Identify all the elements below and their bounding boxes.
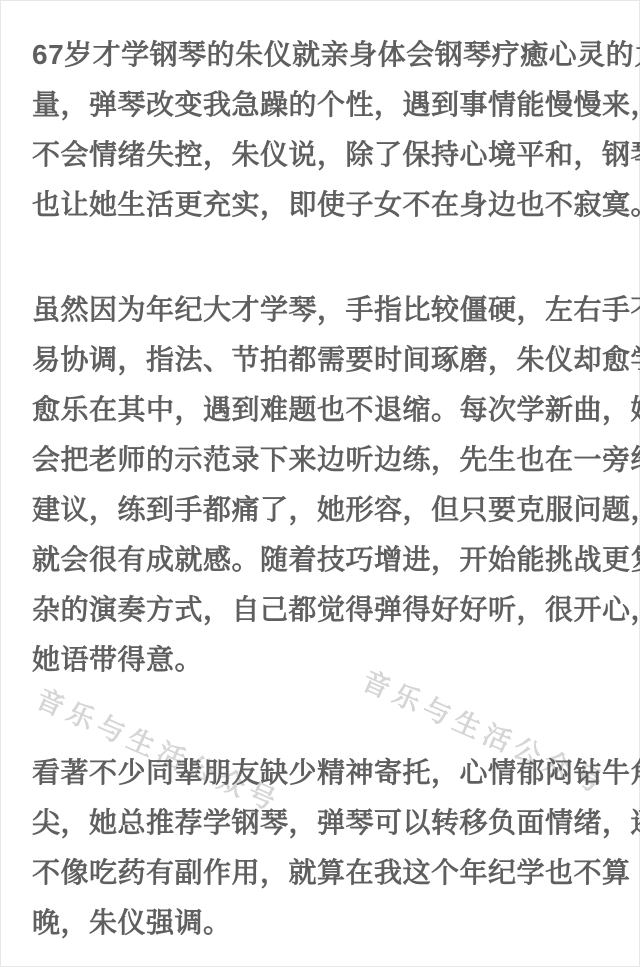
- paragraph: 67岁才学钢琴的朱仪就亲身体会钢琴疗癒心灵的力量，弹琴改变我急躁的个性，遇到事情…: [32, 30, 609, 230]
- article-body: 67岁才学钢琴的朱仪就亲身体会钢琴疗癒心灵的力量，弹琴改变我急躁的个性，遇到事情…: [1, 1, 639, 948]
- text-line: 尖，她总推荐学钢琴，弹琴可以转移负面情绪，还: [32, 798, 609, 848]
- text-line: 看著不少同辈朋友缺少精神寄托，心情郁闷钻牛角: [32, 748, 609, 798]
- text-line: 易协调，指法、节拍都需要时间琢磨，朱仪却愈学: [32, 335, 609, 385]
- text-line: 不像吃药有副作用，就算在我这个年纪学也不算: [32, 848, 609, 898]
- text-line: 就会很有成就感。随着技巧增进，开始能挑战更复: [32, 535, 609, 585]
- text-line: 杂的演奏方式，自己都觉得弹得好好听，很开心，: [32, 585, 609, 635]
- text-line: 67岁才学钢琴的朱仪就亲身体会钢琴疗癒心灵的力: [32, 30, 609, 80]
- article-page: 音乐与生活公众号 音乐与生活公众号 67岁才学钢琴的朱仪就亲身体会钢琴疗癒心灵的…: [0, 0, 640, 967]
- text-line: 虽然因为年纪大才学琴，手指比较僵硬，左右手不: [32, 285, 609, 335]
- text-line: 量，弹琴改变我急躁的个性，遇到事情能慢慢来，: [32, 80, 609, 130]
- paragraph: 看著不少同辈朋友缺少精神寄托，心情郁闷钻牛角尖，她总推荐学钢琴，弹琴可以转移负面…: [32, 748, 609, 948]
- text-line: 她语带得意。: [32, 635, 609, 685]
- paragraph: 虽然因为年纪大才学琴，手指比较僵硬，左右手不易协调，指法、节拍都需要时间琢磨，朱…: [32, 285, 609, 685]
- text-line: 不会情绪失控，朱仪说，除了保持心境平和，钢琴: [32, 130, 609, 180]
- text-line: 愈乐在其中，遇到难题也不退缩。每次学新曲，她: [32, 385, 609, 435]
- text-line: 建议，练到手都痛了，她形容，但只要克服问题，: [32, 485, 609, 535]
- text-line: 晚，朱仪强调。: [32, 898, 609, 948]
- text-line: 也让她生活更充实，即使子女不在身边也不寂寞。: [32, 180, 609, 230]
- text-line: 会把老师的示范录下来边听边练，先生也在一旁给: [32, 435, 609, 485]
